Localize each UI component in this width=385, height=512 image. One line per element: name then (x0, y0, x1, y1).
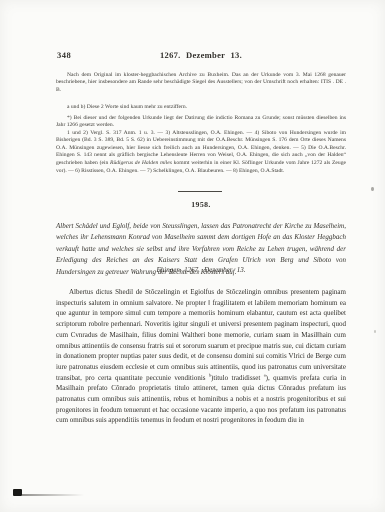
deciphering-note: a und b) Diese 2 Worte sind kaum mehr zu… (56, 104, 346, 112)
ink-blot-mark (13, 489, 22, 496)
scanned-book-page: 348 1267. Dezember 13. Nach dem Original… (0, 0, 385, 512)
footnotes-block: 1 und 2) Vergl. S. 317 Anm. 1 u. 3. — 3)… (56, 130, 346, 176)
dateline: Ehingen 1267. Dezember 13. (56, 266, 346, 274)
running-header-date: 1267. Dezember 13. (56, 50, 346, 60)
ink-smear-mark (22, 494, 84, 496)
charter-latin-text: Albertus dictus Shedil de Stŏczelingin e… (56, 287, 346, 426)
scan-speck (374, 330, 376, 333)
scan-speck (371, 187, 374, 191)
source-note: Nach dem Original im kloster-heggbachisc… (56, 72, 346, 95)
dating-note: *) Bei dieser und der folgenden Urkunde … (56, 115, 346, 130)
charter-number: 1958. (56, 200, 346, 209)
section-divider (178, 191, 222, 192)
